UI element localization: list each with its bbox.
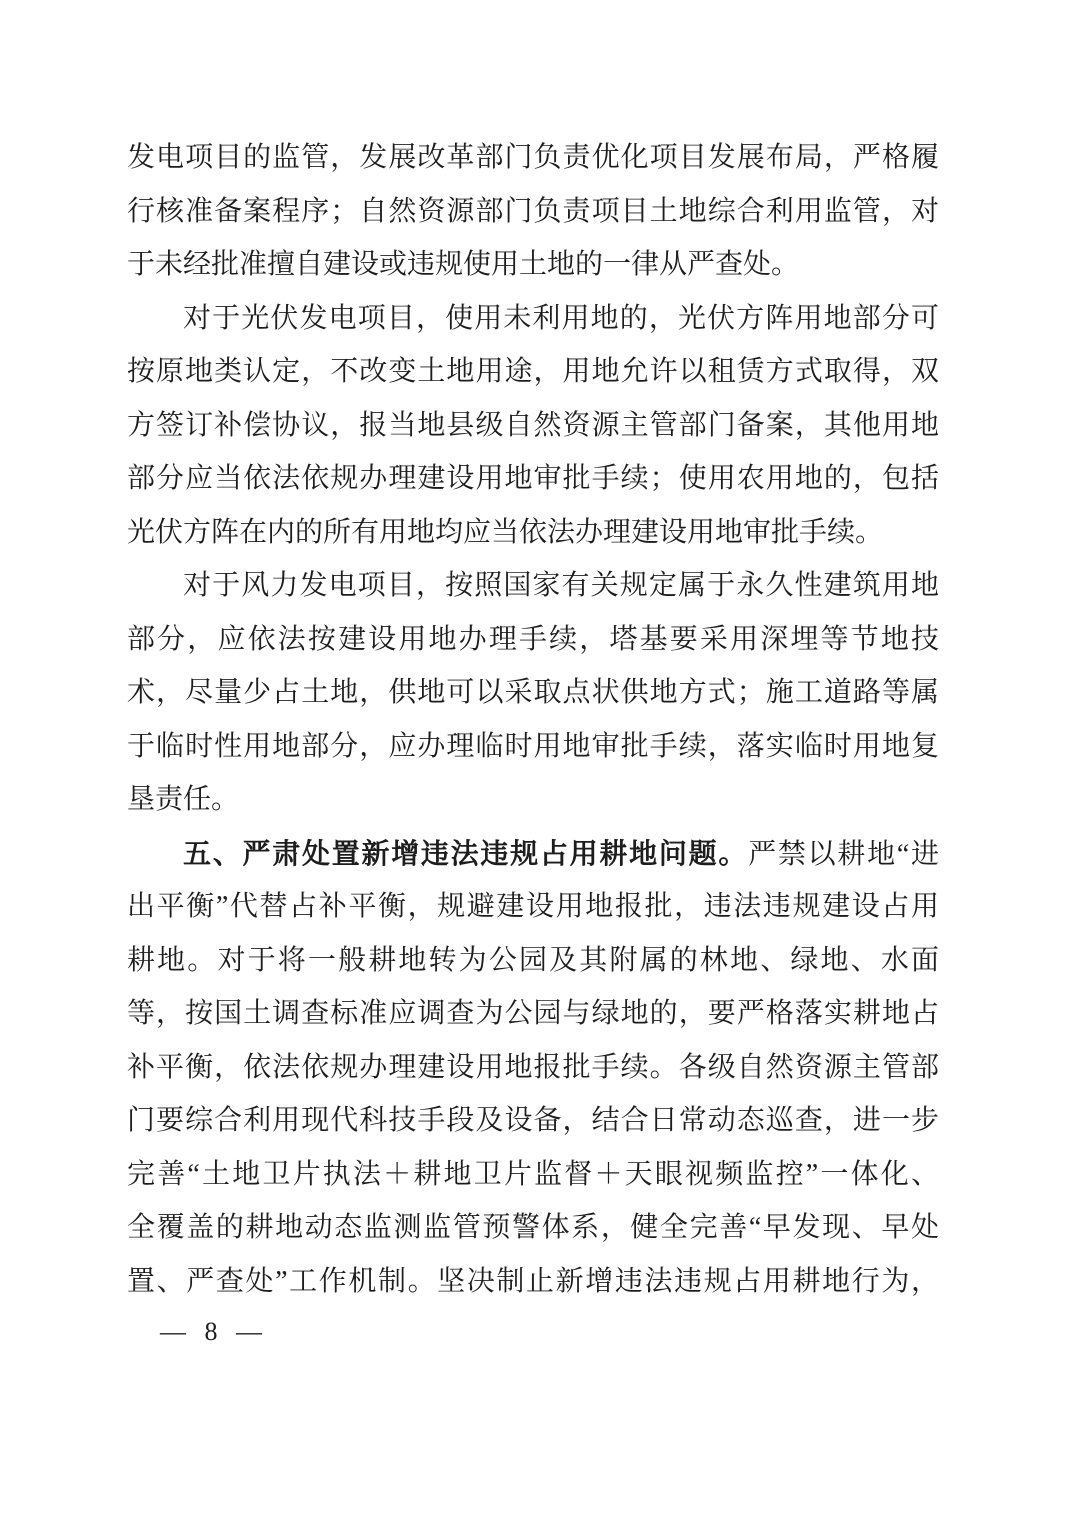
body-text: 对于光伏发电项目，使用未利用地的，光伏方阵用地部分可 <box>183 303 939 334</box>
section-heading-text: 五、严肃处置新增违法违规占用耕地问题。 <box>183 838 748 869</box>
text-line: 等，按国土调查标准应调查为公园与绿地的，要严格落实耕地占 <box>127 987 939 1041</box>
body-text: 出平衡”代替占补平衡，规避建设用地报批，违法违规建设占用 <box>127 891 939 922</box>
text-line: 耕地。对于将一般耕地转为公园及其附属的林地、绿地、水面 <box>127 934 939 988</box>
body-text: 门要综合利用现代科技手段及设备，结合日常动态巡查，进一步 <box>127 1105 939 1136</box>
text-line: 置、严查处”工作机制。坚决制止新增违法违规占用耕地行为， <box>127 1255 939 1309</box>
text-line: 于临时性用地部分，应办理临时用地审批手续，落实临时用地复 <box>127 720 939 774</box>
body-text: 部分，应依法按建设用地办理手续，塔基要采用深埋等节地技 <box>127 624 939 655</box>
text-line: 光伏方阵在内的所有用地均应当依法办理建设用地审批手续。 <box>127 506 939 560</box>
body-text: 术，尽量少占土地，供地可以采取点状供地方式；施工道路等属 <box>127 677 939 708</box>
text-line: 对于风力发电项目，按照国家有关规定属于永久性建筑用地 <box>127 559 939 613</box>
text-line: 全覆盖的耕地动态监测监管预警体系，健全完善“早发现、早处 <box>127 1201 939 1255</box>
body-text: 全覆盖的耕地动态监测监管预警体系，健全完善“早发现、早处 <box>127 1212 939 1243</box>
body-text: 严禁以耕地“进 <box>748 839 939 870</box>
document-page: 发电项目的监管，发展改革部门负责优化项目发展布局，严格履行核准备案程序；自然资源… <box>0 0 1080 1527</box>
body-text: 方签订补偿协议，报当地县级自然资源主管部门备案，其他用地 <box>127 410 939 441</box>
body-text: 对于风力发电项目，按照国家有关规定属于永久性建筑用地 <box>183 570 939 601</box>
text-line: 五、严肃处置新增违法违规占用耕地问题。严禁以耕地“进 <box>127 827 939 881</box>
body-text: 于临时性用地部分，应办理临时用地审批手续，落实临时用地复 <box>127 731 939 762</box>
text-line: 对于光伏发电项目，使用未利用地的，光伏方阵用地部分可 <box>127 292 939 346</box>
body-text: 完善“土地卫片执法＋耕地卫片监督＋天眼视频监控”一体化、 <box>127 1159 939 1190</box>
body-text: 按原地类认定，不改变土地用途，用地允许以租赁方式取得，双 <box>127 356 939 387</box>
body-text: 补平衡，依法依规办理建设用地报批手续。各级自然资源主管部 <box>127 1052 939 1083</box>
document-body: 发电项目的监管，发展改革部门负责优化项目发展布局，严格履行核准备案程序；自然资源… <box>127 131 939 1308</box>
text-line: 部分，应依法按建设用地办理手续，塔基要采用深埋等节地技 <box>127 613 939 667</box>
body-text: 光伏方阵在内的所有用地均应当依法办理建设用地审批手续。 <box>127 517 883 548</box>
text-line: 垦责任。 <box>127 773 939 827</box>
body-text: 垦责任。 <box>127 784 239 815</box>
body-text: 于未经批准擅自建设或违规使用土地的一律从严查处。 <box>127 249 799 280</box>
text-line: 部分应当依法依规办理建设用地审批手续；使用农用地的，包括 <box>127 452 939 506</box>
text-line: 方签订补偿协议，报当地县级自然资源主管部门备案，其他用地 <box>127 399 939 453</box>
body-text: 部分应当依法依规办理建设用地审批手续；使用农用地的，包括 <box>127 463 939 494</box>
text-line: 于未经批准擅自建设或违规使用土地的一律从严查处。 <box>127 238 939 292</box>
body-text: 等，按国土调查标准应调查为公园与绿地的，要严格落实耕地占 <box>127 998 939 1029</box>
text-line: 出平衡”代替占补平衡，规避建设用地报批，违法违规建设占用 <box>127 880 939 934</box>
text-line: 按原地类认定，不改变土地用途，用地允许以租赁方式取得，双 <box>127 345 939 399</box>
body-text: 置、严查处”工作机制。坚决制止新增违法违规占用耕地行为， <box>127 1266 939 1297</box>
text-line: 发电项目的监管，发展改革部门负责优化项目发展布局，严格履 <box>127 131 939 185</box>
body-text: 发电项目的监管，发展改革部门负责优化项目发展布局，严格履 <box>127 142 939 173</box>
body-text: 耕地。对于将一般耕地转为公园及其附属的林地、绿地、水面 <box>127 945 939 976</box>
page-number: — 8 — <box>160 1312 268 1352</box>
text-line: 完善“土地卫片执法＋耕地卫片监督＋天眼视频监控”一体化、 <box>127 1148 939 1202</box>
text-line: 门要综合利用现代科技手段及设备，结合日常动态巡查，进一步 <box>127 1094 939 1148</box>
text-line: 术，尽量少占土地，供地可以采取点状供地方式；施工道路等属 <box>127 666 939 720</box>
text-line: 补平衡，依法依规办理建设用地报批手续。各级自然资源主管部 <box>127 1041 939 1095</box>
body-text: 行核准备案程序；自然资源部门负责项目土地综合利用监管，对 <box>127 196 939 227</box>
text-line: 行核准备案程序；自然资源部门负责项目土地综合利用监管，对 <box>127 185 939 239</box>
